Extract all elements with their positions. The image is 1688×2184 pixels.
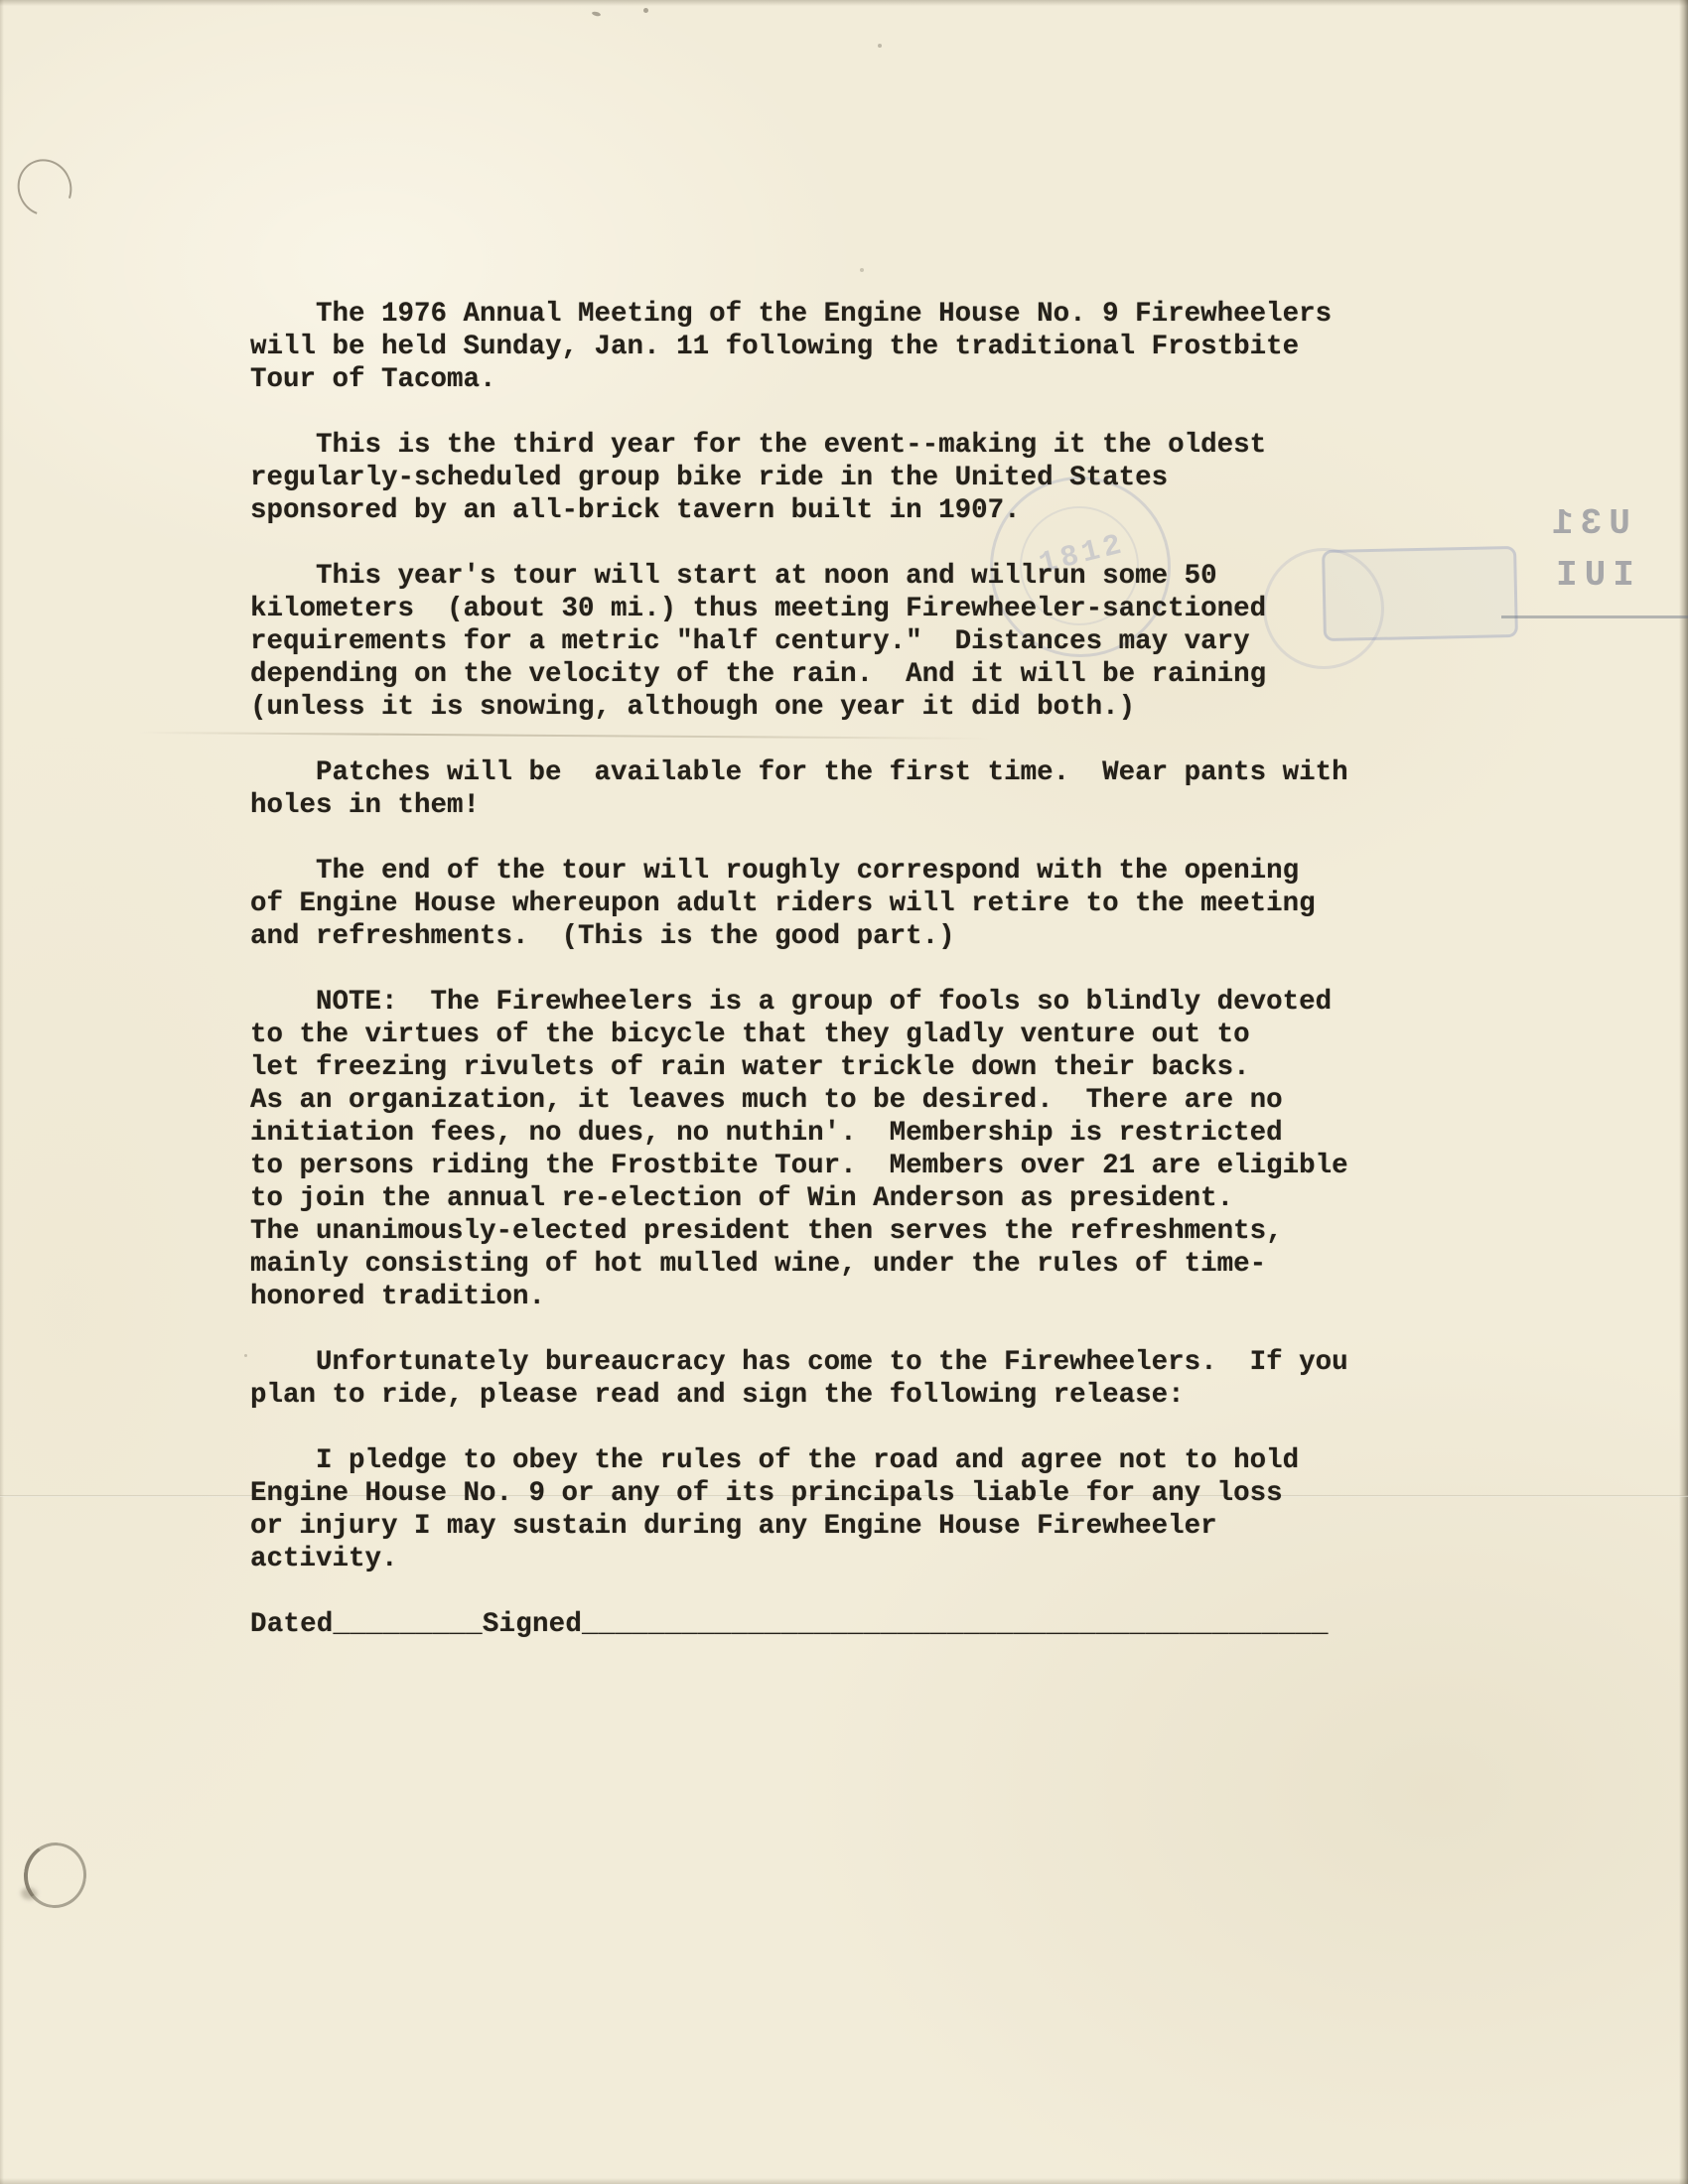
letter-body: The 1976 Annual Meeting of the Engine Ho… (250, 298, 1501, 1674)
pencil-smudge (20, 1886, 38, 1900)
scan-speck (244, 1354, 247, 1357)
paragraph-1: The 1976 Annual Meeting of the Engine Ho… (250, 298, 1501, 396)
ink-bleed-line (1501, 615, 1688, 618)
scan-speck (592, 11, 602, 17)
pencil-circle-mark-bottom (20, 1839, 91, 1912)
scan-speck (643, 8, 648, 13)
paragraph-7: Unfortunately bureaucracy has come to th… (250, 1346, 1501, 1412)
scan-speck (860, 268, 864, 272)
scan-edge-left (0, 0, 4, 2184)
signature-line-dated-signed: Dated_________Signed____________________… (250, 1608, 1501, 1641)
paragraph-3: This year's tour will start at noon and … (250, 560, 1501, 724)
ink-bleed-text-bottom: IUI (1549, 558, 1634, 594)
scanned-letter-page: 1812 U31 IUI The 1976 Annual Meeting of … (0, 0, 1688, 2184)
ink-bleed-text-top: U31 (1545, 506, 1630, 542)
paragraph-2: This is the third year for the event--ma… (250, 429, 1501, 527)
scan-edge-bottom (0, 2178, 1688, 2184)
paragraph-4: Patches will be available for the first … (250, 756, 1501, 822)
paragraph-8-pledge: I pledge to obey the rules of the road a… (250, 1444, 1501, 1575)
scan-speck (878, 44, 882, 48)
paragraph-5: The end of the tour will roughly corresp… (250, 855, 1501, 953)
pencil-circle-mark-top (8, 150, 80, 224)
paragraph-6-note: NOTE: The Firewheelers is a group of foo… (250, 986, 1501, 1313)
scan-edge-right (1679, 0, 1688, 2184)
scan-edge-top (0, 0, 1688, 6)
